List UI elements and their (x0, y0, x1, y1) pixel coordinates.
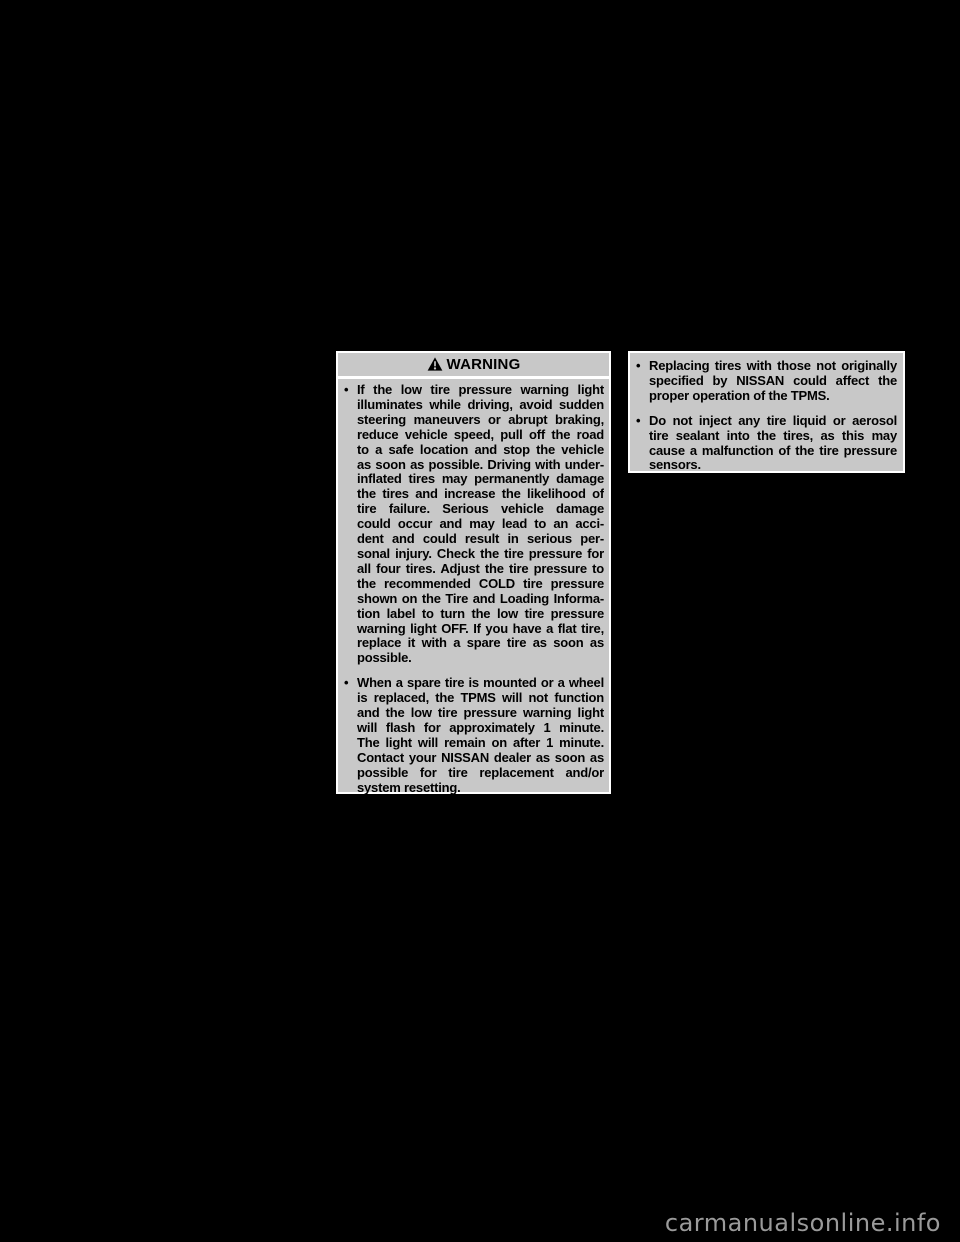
bullet-icon: • (344, 676, 357, 795)
warning-bullet-spare-tire-text: When a spare tire is mounted or a wheeli… (357, 676, 604, 795)
warning-body: • If the low tire pressure warning light… (338, 379, 609, 795)
watermark-text: carmanualsonline.info (665, 1211, 941, 1235)
manual-page: WARNING • If the low tire pressure warni… (0, 0, 960, 1242)
note-bullet-tire-sealant-text: Do not inject any tire liquid or aerosol… (649, 414, 897, 474)
warning-header: WARNING (338, 353, 609, 379)
note-bullet-replacing-tires-text: Replacing tires with those not originall… (649, 359, 897, 404)
tpms-notes-body: • Replacing tires with those not origina… (630, 353, 903, 473)
note-bullet-replacing-tires: • Replacing tires with those not origina… (636, 359, 897, 404)
warning-triangle-icon (427, 357, 443, 371)
warning-title: WARNING (447, 356, 521, 373)
bullet-icon: • (636, 414, 649, 474)
bullet-icon: • (636, 359, 649, 404)
bullet-icon: • (344, 383, 357, 666)
warning-box: WARNING • If the low tire pressure warni… (336, 351, 611, 794)
note-bullet-tire-sealant: • Do not inject any tire liquid or aeros… (636, 414, 897, 474)
warning-bullet-spare-tire: • When a spare tire is mounted or a whee… (344, 676, 604, 795)
warning-bullet-low-pressure: • If the low tire pressure warning light… (344, 383, 604, 666)
warning-bullet-low-pressure-text: If the low tire pressure warning lightil… (357, 383, 604, 666)
tpms-notes-box: • Replacing tires with those not origina… (628, 351, 905, 473)
